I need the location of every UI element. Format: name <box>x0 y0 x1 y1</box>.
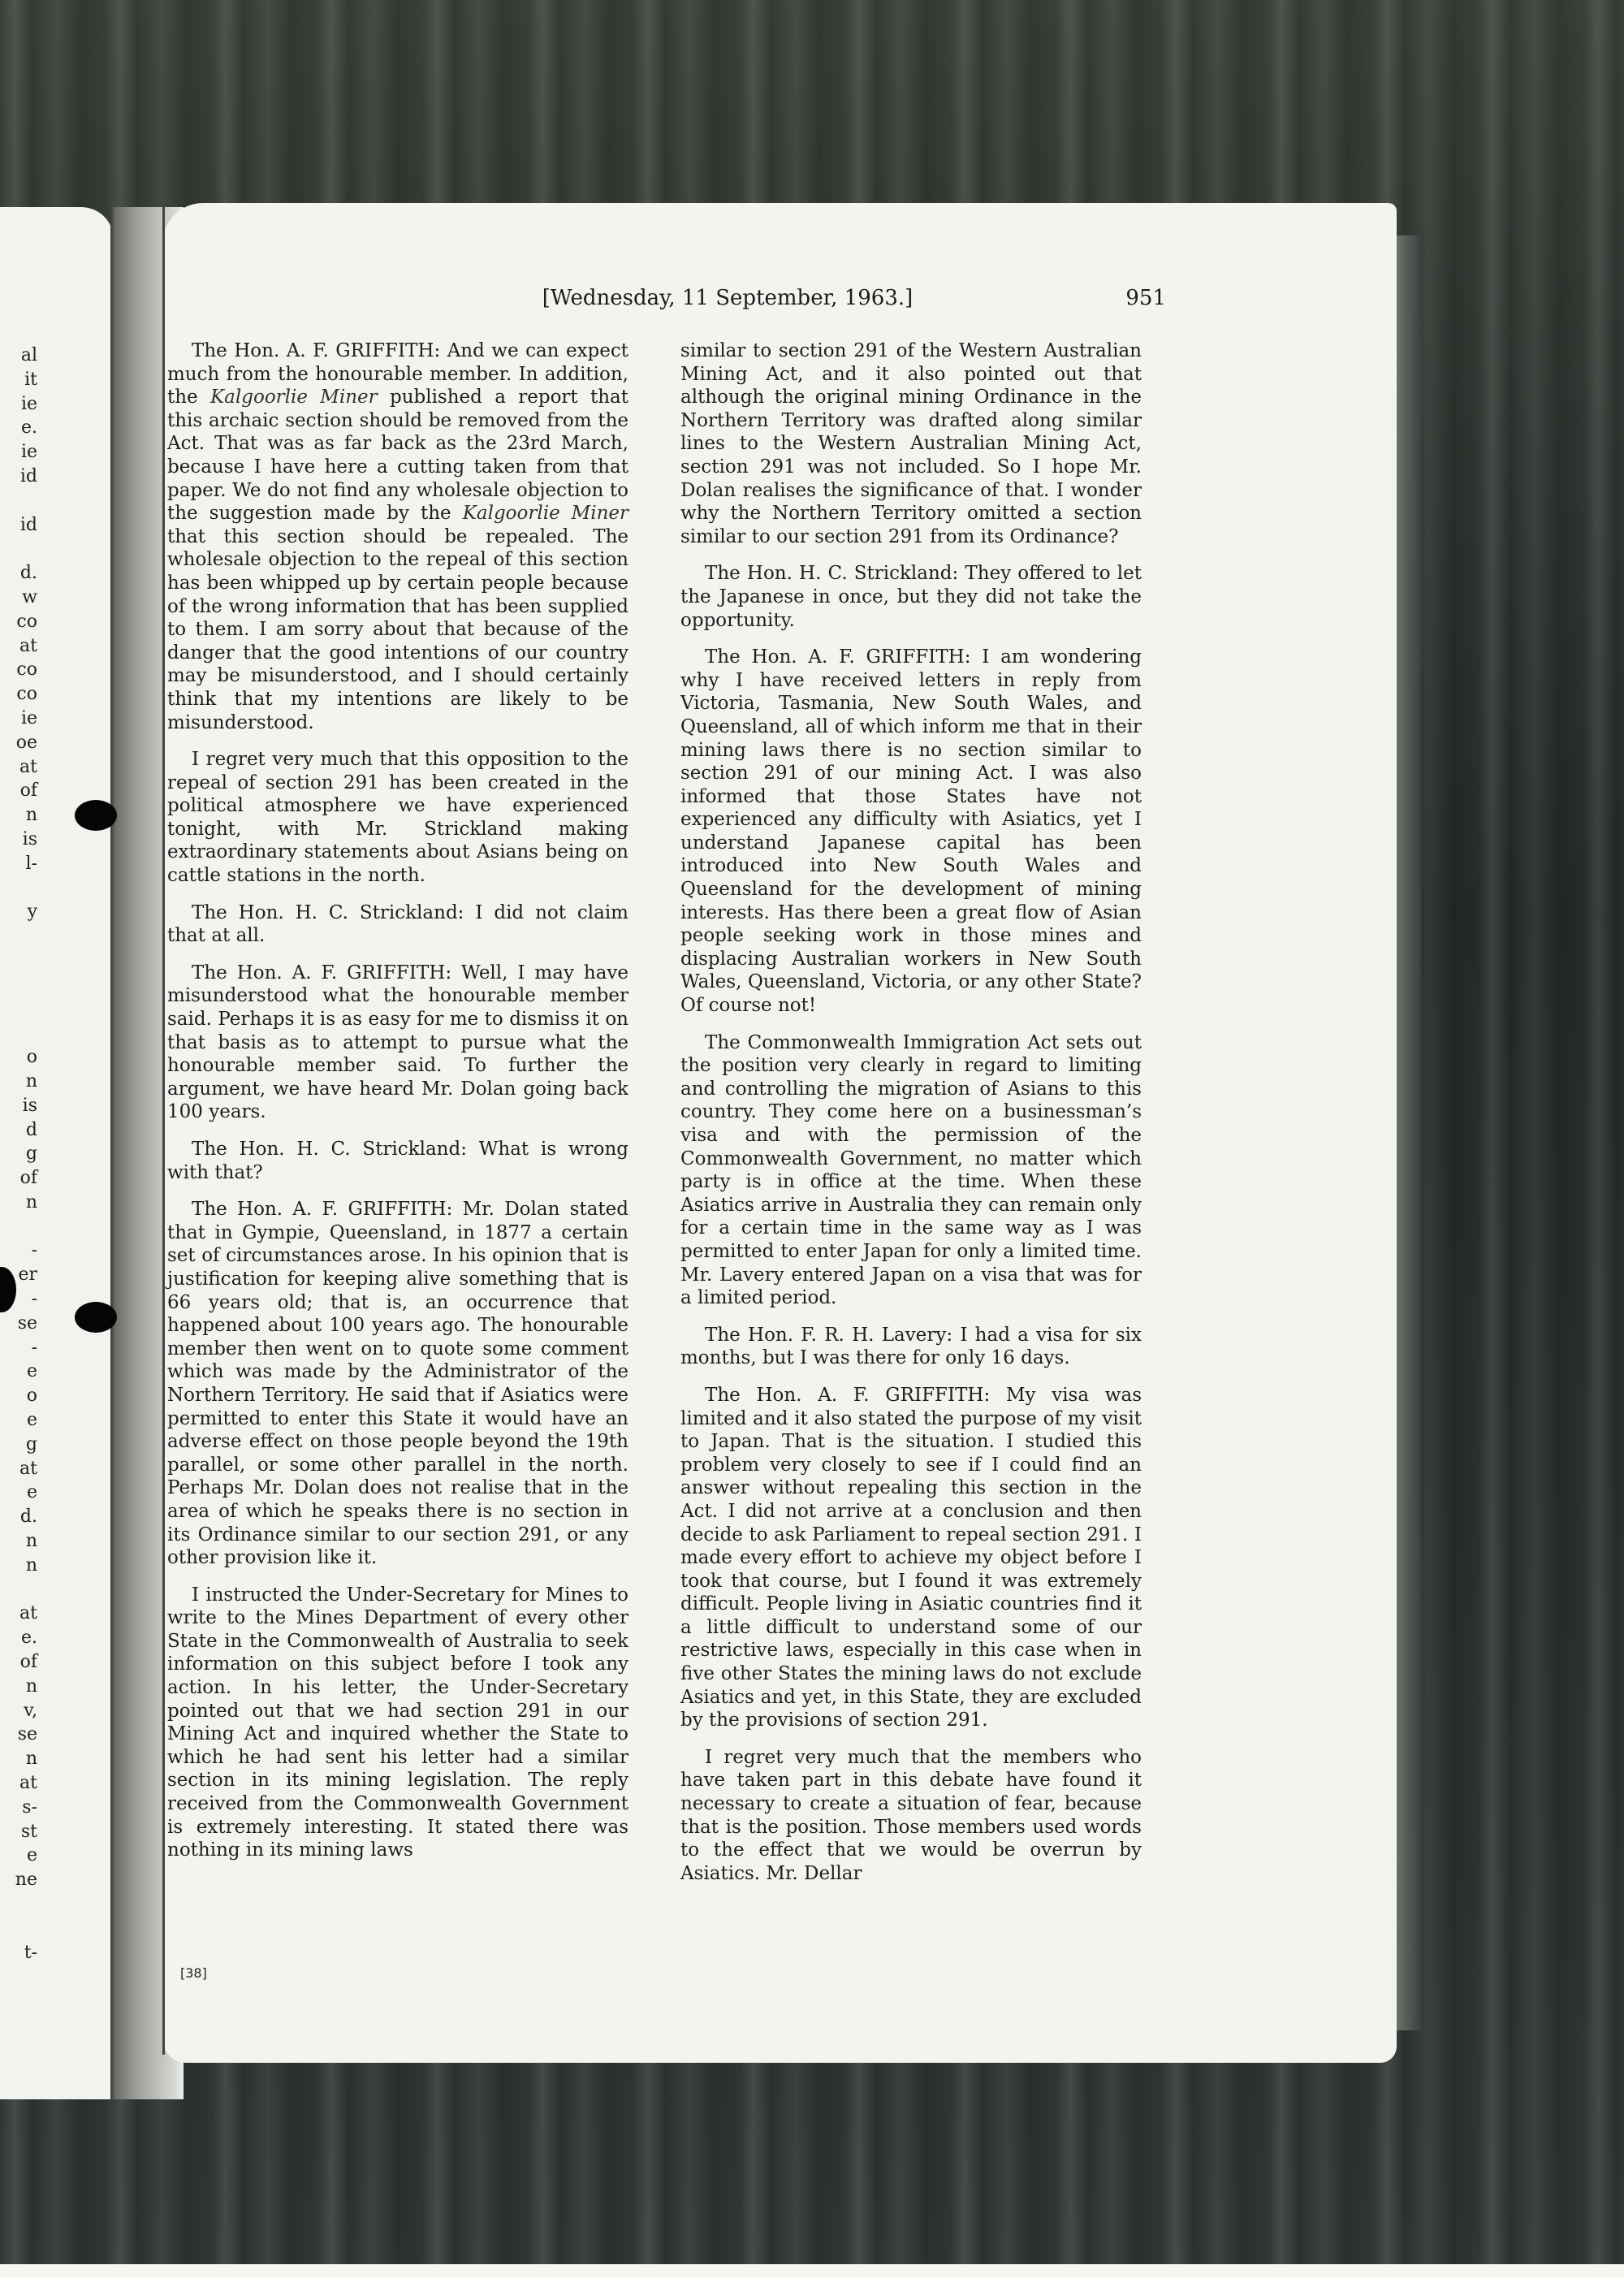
left-column: The Hon. A. F. GRIFFITH: And we can expe… <box>167 339 628 1876</box>
speech-text: I instructed the Under-Secretary for Min… <box>167 1584 628 1861</box>
italic-title: Kalgoorlie Miner <box>463 503 628 524</box>
scan-bottom-margin <box>0 2264 1624 2278</box>
speech-paragraph: The Hon. A. F. GRIFFITH: And we can expe… <box>167 339 628 734</box>
previous-page-fragment: se <box>5 1312 37 1336</box>
speaker-name: The Hon. A. F. GRIFFITH: <box>192 340 440 361</box>
speaker-name: The Hon. F. R. H. Lavery: <box>705 1325 952 1346</box>
speech-paragraph: The Hon. A. F. GRIFFITH: Mr. Dolan state… <box>167 1198 628 1570</box>
previous-page-fragment <box>5 924 37 949</box>
punch-hole-top <box>75 800 117 831</box>
speaker-name: The Hon. A. F. GRIFFITH: <box>705 646 970 668</box>
previous-page-fragment: d. <box>5 1505 37 1529</box>
previous-page-fragment: ie <box>5 392 37 417</box>
previous-page-fragment: v, <box>5 1699 37 1723</box>
previous-page-fragment <box>5 997 37 1022</box>
italic-title: Kalgoorlie Miner <box>210 387 378 408</box>
previous-page-fragment: n <box>5 803 37 828</box>
previous-page-fragment: e. <box>5 416 37 440</box>
previous-page-fragment: al <box>5 344 37 368</box>
previous-page-fragment: ne <box>5 1868 37 1892</box>
speech-paragraph: The Hon. H. C. Strickland: What is wrong… <box>167 1138 628 1184</box>
right-column: similar to section 291 of the Western Au… <box>680 339 1142 1899</box>
previous-page-fragment: o <box>5 1384 37 1408</box>
speech-text: My visa was limited and it also stated t… <box>680 1385 1142 1731</box>
previous-page-fragment <box>5 537 37 561</box>
speaker-name: The Hon. A. F. GRIFFITH: <box>705 1385 990 1406</box>
previous-page-fragment: at <box>5 755 37 780</box>
previous-page-fragment: - <box>5 1238 37 1263</box>
speech-paragraph: The Hon. H. C. Strickland: I did not cla… <box>167 901 628 948</box>
previous-page-fragment: n <box>5 1554 37 1578</box>
previous-page-fragment: it <box>5 368 37 392</box>
speech-text: similar to section 291 of the Western Au… <box>680 340 1142 547</box>
speech-text: that this section should be repealed. Th… <box>167 526 628 733</box>
previous-page-fragment: ie <box>5 440 37 465</box>
previous-page-fragment: n <box>5 1529 37 1554</box>
gutter-line <box>162 203 165 2055</box>
previous-page-fragment: n <box>5 1747 37 1771</box>
previous-page-fragment: of <box>5 1650 37 1675</box>
previous-page-fragment: co <box>5 658 37 682</box>
previous-page-fragment <box>5 973 37 997</box>
paragraph: similar to section 291 of the Western Au… <box>680 339 1142 548</box>
previous-page-fragment: d <box>5 1118 37 1143</box>
previous-page-fragment: d. <box>5 561 37 586</box>
speaker-name: The Hon. H. C. Strickland: <box>192 902 464 923</box>
previous-page-fragment: e <box>5 1408 37 1433</box>
previous-page-fragment: - <box>5 1336 37 1360</box>
speech-text: Mr. Dolan stated that in Gympie, Queensl… <box>167 1199 628 1568</box>
speech-text: I am wondering why I have received lette… <box>680 646 1142 1016</box>
previous-page-fragment <box>5 1021 37 1045</box>
previous-page-fragment: o <box>5 1045 37 1070</box>
paragraph: I regret very much that this opposition … <box>167 748 628 888</box>
punch-hole-bottom <box>75 1302 117 1333</box>
speech-text: I regret very much that this opposition … <box>167 749 628 886</box>
speaker-name: The Hon. A. F. GRIFFITH: <box>192 1199 452 1220</box>
previous-page-fragment: e. <box>5 1626 37 1650</box>
speech-paragraph: The Hon. A. F. GRIFFITH: I am wondering … <box>680 646 1142 1018</box>
previous-page-sliver: alitiee.ieid id d.wcoatcocoieoeatofnisl-… <box>0 207 114 2099</box>
speech-paragraph: The Hon. H. C. Strickland: They offered … <box>680 562 1142 632</box>
previous-page-fragment: e <box>5 1480 37 1505</box>
previous-page-fragment: of <box>5 1166 37 1191</box>
running-head-date: [Wednesday, 11 September, 1963.] <box>289 286 1166 310</box>
previous-page-fragment <box>5 489 37 513</box>
page-number: 951 <box>1125 286 1166 310</box>
previous-page-fragment: id <box>5 513 37 538</box>
previous-page-fragment: at <box>5 1602 37 1626</box>
previous-page-fragment: is <box>5 1094 37 1118</box>
previous-page-fragment: n <box>5 1191 37 1215</box>
previous-page-fragment <box>5 876 37 901</box>
previous-page-fragment: e <box>5 1844 37 1868</box>
previous-page-fragment: at <box>5 634 37 659</box>
previous-page-fragment <box>5 949 37 973</box>
speech-paragraph: The Hon. A. F. GRIFFITH: Well, I may hav… <box>167 962 628 1124</box>
previous-page-fragment: is <box>5 828 37 852</box>
speaker-name: The Hon. H. C. Strickland: <box>705 563 958 584</box>
speaker-name: The Hon. A. F. GRIFFITH: <box>192 962 451 983</box>
previous-page-fragment: at <box>5 1771 37 1796</box>
previous-page-fragment <box>5 1892 37 1917</box>
speech-text: The Commonwealth Immigration Act sets ou… <box>680 1032 1142 1309</box>
previous-page-fragment: y <box>5 900 37 924</box>
previous-page-fragment: co <box>5 610 37 634</box>
previous-page-fragment: g <box>5 1142 37 1166</box>
previous-page-fragment: g <box>5 1433 37 1457</box>
previous-page-fragment: w <box>5 586 37 610</box>
previous-page-fragment: co <box>5 682 37 707</box>
previous-page-fragment <box>5 1215 37 1239</box>
previous-page-fragment: n <box>5 1070 37 1094</box>
previous-page-fragment: l- <box>5 852 37 876</box>
speech-text: Well, I may have misunderstood what the … <box>167 962 628 1123</box>
previous-page-fragment: n <box>5 1675 37 1699</box>
previous-page-fragment: id <box>5 465 37 489</box>
paragraph: The Commonwealth Immigration Act sets ou… <box>680 1031 1142 1310</box>
previous-page-fragment: of <box>5 779 37 803</box>
previous-page-fragment: se <box>5 1723 37 1747</box>
paragraph: I instructed the Under-Secretary for Min… <box>167 1584 628 1862</box>
running-head: [Wednesday, 11 September, 1963.] 951 <box>289 286 1166 318</box>
speech-text: I regret very much that the members who … <box>680 1747 1142 1884</box>
speaker-name: The Hon. H. C. Strickland: <box>192 1139 467 1160</box>
previous-page-fragment: e <box>5 1359 37 1384</box>
previous-page-fragment: oe <box>5 731 37 755</box>
previous-page-fragment: at <box>5 1457 37 1481</box>
speech-paragraph: The Hon. A. F. GRIFFITH: My visa was lim… <box>680 1384 1142 1732</box>
previous-page-fragment: t- <box>5 1941 37 1965</box>
previous-page-fragment <box>5 1917 37 1941</box>
previous-page-fragment: s- <box>5 1796 37 1820</box>
previous-page-text-fragments: alitiee.ieid id d.wcoatcocoieoeatofnisl-… <box>5 344 37 1965</box>
previous-page-fragment: ie <box>5 707 37 731</box>
paragraph: I regret very much that the members who … <box>680 1746 1142 1886</box>
signature-mark: [38] <box>180 1965 207 1981</box>
speech-paragraph: The Hon. F. R. H. Lavery: I had a visa f… <box>680 1324 1142 1370</box>
previous-page-fragment <box>5 1578 37 1602</box>
previous-page-fragment: st <box>5 1820 37 1844</box>
